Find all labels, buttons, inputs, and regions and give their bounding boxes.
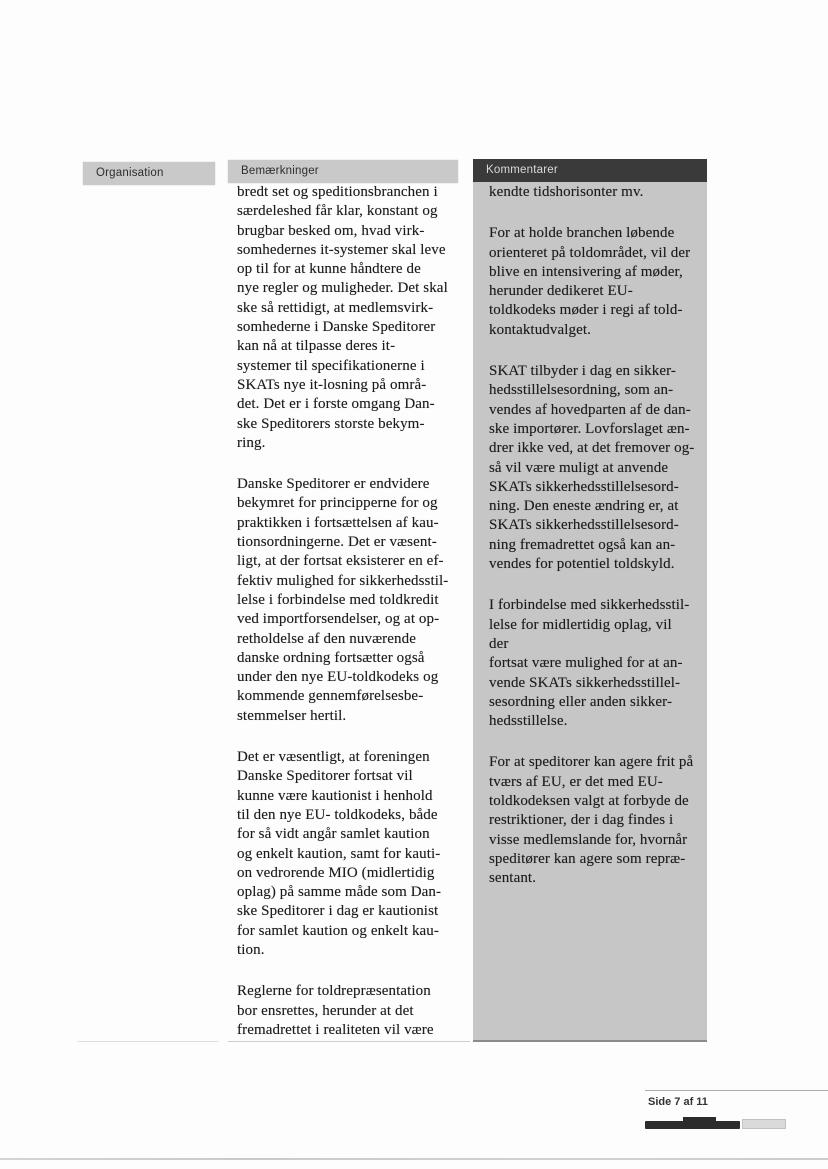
bemaerkninger-column-text: bredt set og speditionsbranchen i særdel…	[237, 183, 465, 1062]
organisation-column-header: Organisation	[83, 162, 215, 185]
kommentarer-column-header: Kommentarer	[473, 159, 707, 182]
footer-black-bar	[645, 1121, 740, 1129]
kommentarer-paragraph: For at speditorer kan agere frit på tvær…	[489, 753, 695, 888]
footer-gray-bar	[742, 1119, 786, 1129]
page-number-label: Side 7 af 11	[648, 1096, 708, 1108]
kommentarer-paragraph: SKAT tilbyder i dag en sikker- hedsstill…	[489, 362, 695, 574]
bemaerkninger-column-bottom-rule	[228, 1041, 470, 1042]
document-page: Organisation Bemærkninger bredt set og s…	[0, 0, 828, 1169]
kommentarer-paragraph: kendte tidshorisonter mv.	[489, 183, 695, 202]
bemaerkninger-paragraph: Det er væsentligt, at foreningen Danske …	[237, 748, 465, 960]
bemaerkninger-column-header: Bemærkninger	[228, 160, 458, 183]
footer-black-bar-detail	[683, 1117, 716, 1122]
organisation-column-bottom-rule	[78, 1041, 218, 1042]
page-bottom-scan-line	[0, 1158, 828, 1160]
bemaerkninger-paragraph: Danske Speditorer er endvidere bekymret …	[237, 475, 465, 726]
bemaerkninger-paragraph: Reglerne for toldrepræsentation bor ensr…	[237, 982, 465, 1040]
footer-rule	[645, 1090, 828, 1091]
kommentarer-paragraph: I forbindelse med sikkerhedsstil- lelse …	[489, 596, 695, 731]
kommentarer-column-text: kendte tidshorisonter mv. For at holde b…	[489, 183, 695, 911]
kommentarer-paragraph: For at holde branchen løbende orienteret…	[489, 224, 695, 340]
bemaerkninger-paragraph: bredt set og speditionsbranchen i særdel…	[237, 183, 465, 453]
